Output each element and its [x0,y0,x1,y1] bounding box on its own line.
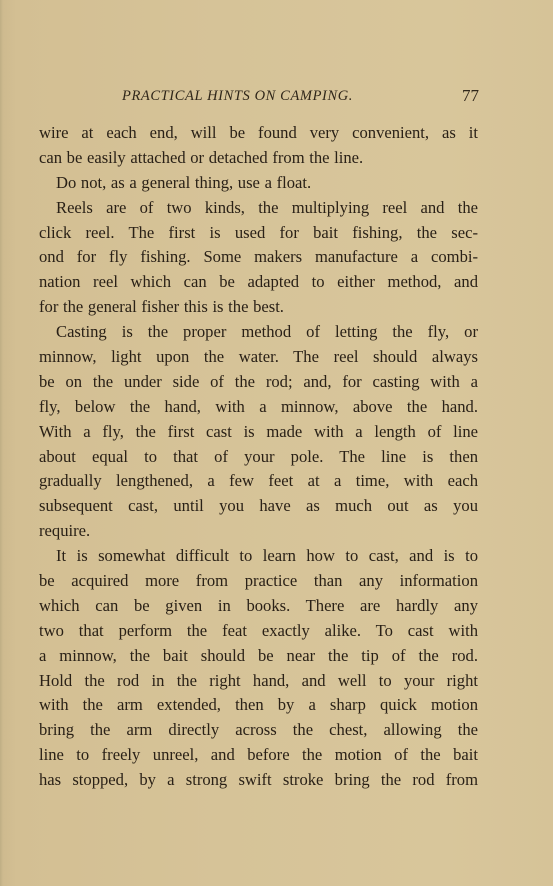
text-line: can be easily attached or detached from … [39,146,478,171]
text-line: a minnow, the bait should be near the ti… [39,644,478,669]
page-spine-edge [0,0,3,886]
text-line: for the general fisher this is the best. [39,295,478,320]
text-line: with the arm extended, then by a sharp q… [39,693,478,718]
text-line: about equal to that of your pole. The li… [39,445,478,470]
text-line: click reel. The first is used for bait f… [39,221,478,246]
text-line: It is somewhat difficult to learn how to… [39,544,478,569]
text-line: bring the arm directly across the chest,… [39,718,478,743]
text-line: be on the under side of the rod; and, fo… [39,370,478,395]
text-line: be acquired more from practice than any … [39,569,478,594]
running-title: PRACTICAL HINTS ON CAMPING. [122,88,353,105]
text-line: two that perform the feat exactly alike.… [39,619,478,644]
text-line: ond for fly fishing. Some makers manufac… [39,245,478,270]
page-number: 77 [462,86,479,106]
text-line: nation reel which can be adapted to eith… [39,270,478,295]
text-line: Reels are of two kinds, the multiplying … [39,196,478,221]
text-line: fly, below the hand, with a minnow, abov… [39,395,478,420]
text-line: require. [39,519,478,544]
text-line: minnow, light upon the water. The reel s… [39,345,478,370]
text-line: Casting is the proper method of letting … [39,320,478,345]
text-line: gradually lengthened, a few feet at a ti… [39,469,478,494]
text-line: line to freely unreel, and before the mo… [39,743,478,768]
text-line: Hold the rod in the right hand, and well… [39,669,478,694]
text-line: has stopped, by a strong swift stroke br… [39,768,478,793]
running-head: PRACTICAL HINTS ON CAMPING. 77 [39,86,479,108]
text-line: Do not, as a general thing, use a float. [39,171,478,196]
text-line: which can be given in books. There are h… [39,594,478,619]
text-line: wire at each end, will be found very con… [39,121,478,146]
body-text: wire at each end, will be found very con… [39,121,478,793]
text-line: With a fly, the first cast is made with … [39,420,478,445]
text-line: subsequent cast, until you have as much … [39,494,478,519]
